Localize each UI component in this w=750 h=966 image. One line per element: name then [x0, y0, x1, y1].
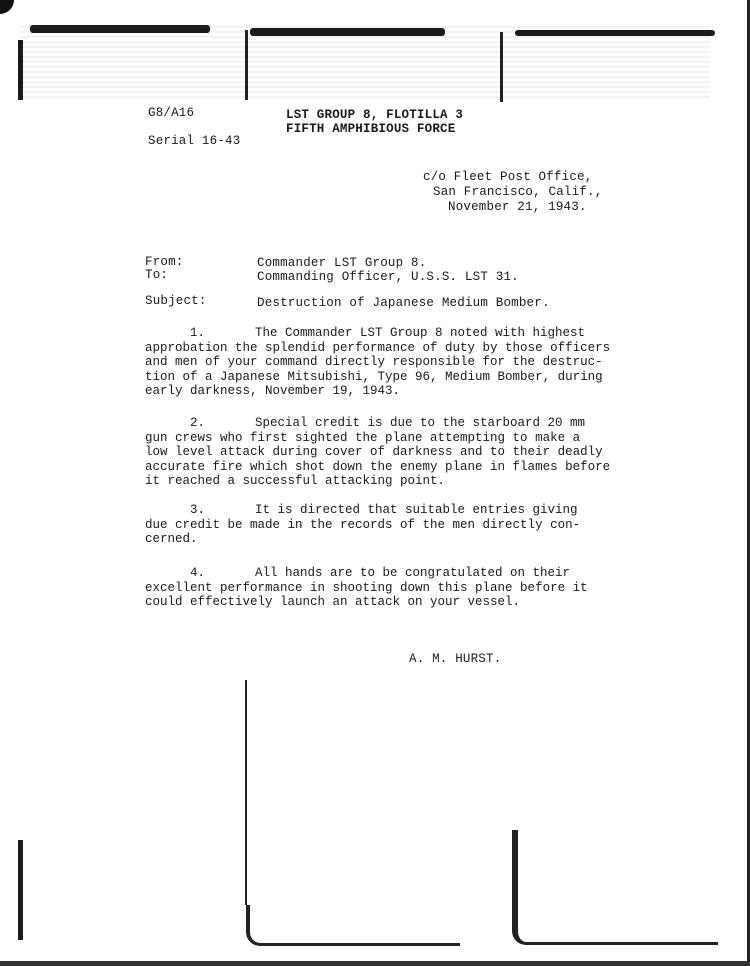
- scan-left-edge: [18, 840, 23, 940]
- to-value: Commanding Officer, U.S.S. LST 31.: [257, 270, 519, 284]
- unit-line-2: FIFTH AMPHIBIOUS FORCE: [286, 122, 455, 136]
- subject-label: Subject:: [145, 294, 207, 308]
- paragraph-1: 1.The Commander LST Group 8 noted with h…: [145, 326, 615, 399]
- paragraph-line: gun crews who first sighted the plane at…: [145, 431, 615, 446]
- paragraph-line: low level attack during cover of darknes…: [145, 445, 615, 460]
- paragraph-number: 3.: [190, 503, 255, 518]
- scan-top-edge: [250, 28, 445, 36]
- from-label: From:: [145, 255, 184, 269]
- paragraph-number: 1.: [190, 326, 255, 341]
- from-value: Commander LST Group 8.: [257, 256, 426, 270]
- scan-fold-line: [245, 680, 247, 905]
- paragraph-3: 3.It is directed that suitable entries g…: [145, 503, 615, 547]
- scan-top-edge: [30, 25, 210, 33]
- paragraph-line: 1.The Commander LST Group 8 noted with h…: [145, 326, 615, 341]
- paragraph-4: 4.All hands are to be congratulated on t…: [145, 566, 615, 610]
- paragraph-line: excellent performance in shooting down t…: [145, 581, 615, 596]
- scan-left-edge: [18, 40, 23, 100]
- subject-value: Destruction of Japanese Medium Bomber.: [257, 296, 550, 310]
- paragraph-number: 4.: [190, 566, 255, 581]
- scan-top-edge: [515, 30, 715, 36]
- paragraph-line: 4.All hands are to be congratulated on t…: [145, 566, 615, 581]
- paragraph-line: could effectively launch an attack on yo…: [145, 595, 615, 610]
- letter-date: November 21, 1943.: [448, 200, 587, 214]
- scan-corner-artifact: [0, 0, 14, 14]
- scan-bleed-band: [20, 26, 710, 98]
- paragraph-line: and men of your command directly respons…: [145, 355, 615, 370]
- to-label: To:: [145, 268, 168, 282]
- signature: A. M. HURST.: [409, 652, 501, 666]
- scan-fold-corner: [246, 905, 460, 946]
- paragraph-line: tion of a Japanese Mitsubishi, Type 96, …: [145, 370, 615, 385]
- paragraph-2: 2.Special credit is due to the starboard…: [145, 416, 615, 489]
- address-line-1: c/o Fleet Post Office,: [423, 170, 592, 184]
- paragraph-line: accurate fire which shot down the enemy …: [145, 460, 615, 475]
- document-page: G8/A16 LST GROUP 8, FLOTILLA 3 FIFTH AMP…: [0, 0, 750, 966]
- paragraph-line: approbation the splendid performance of …: [145, 341, 615, 356]
- paragraph-line: early darkness, November 19, 1943.: [145, 384, 615, 399]
- scan-fold-line: [245, 30, 248, 100]
- paragraph-line: due credit be made in the records of the…: [145, 518, 615, 533]
- scan-fold-corner: [512, 830, 718, 945]
- file-code: G8/A16: [148, 106, 194, 120]
- paragraph-line: 2.Special credit is due to the starboard…: [145, 416, 615, 431]
- paragraph-number: 2.: [190, 416, 255, 431]
- scan-edge-bottom: [0, 961, 750, 966]
- paragraph-line: cerned.: [145, 532, 615, 547]
- address-line-2: San Francisco, Calif.,: [433, 185, 602, 199]
- paragraph-line: 3.It is directed that suitable entries g…: [145, 503, 615, 518]
- paragraph-line: it reached a successful attacking point.: [145, 474, 615, 489]
- scan-fold-line: [500, 32, 503, 102]
- unit-line-1: LST GROUP 8, FLOTILLA 3: [286, 108, 463, 122]
- serial-number: Serial 16-43: [148, 134, 240, 148]
